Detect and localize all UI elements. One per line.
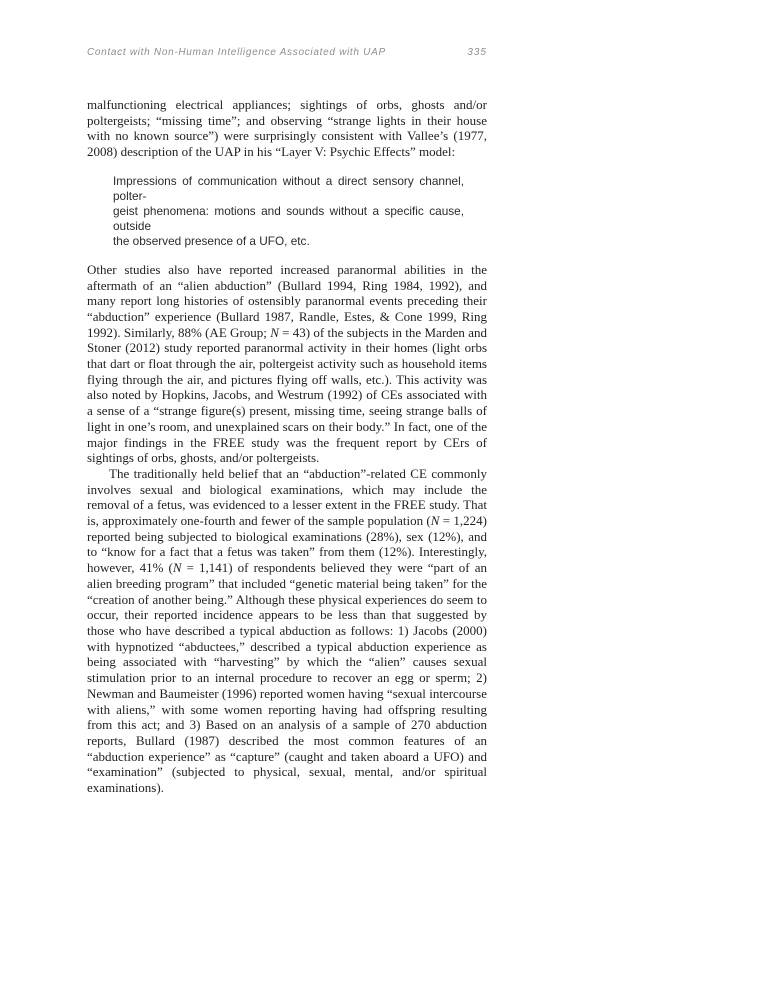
paragraph-other-studies: Other studies also have reported increas… bbox=[87, 262, 487, 466]
quote-line: geist phenomena: motions and sounds with… bbox=[113, 204, 464, 234]
block-quote: Impressions of communication without a d… bbox=[113, 174, 464, 249]
paragraph-traditional-belief: The traditionally held belief that an “a… bbox=[87, 466, 487, 796]
page-content: Contact with Non-Human Intelligence Asso… bbox=[87, 47, 487, 796]
book-page: Contact with Non-Human Intelligence Asso… bbox=[0, 0, 768, 994]
quote-line: Impressions of communication without a d… bbox=[113, 174, 464, 204]
page-number: 335 bbox=[467, 47, 487, 58]
paragraph-continued: malfunctioning electrical appliances; si… bbox=[87, 97, 487, 160]
quote-line: the observed presence of a UFO, etc. bbox=[113, 234, 464, 249]
running-title: Contact with Non-Human Intelligence Asso… bbox=[87, 47, 386, 58]
body-text: malfunctioning electrical appliances; si… bbox=[87, 97, 487, 796]
running-header: Contact with Non-Human Intelligence Asso… bbox=[87, 47, 487, 58]
